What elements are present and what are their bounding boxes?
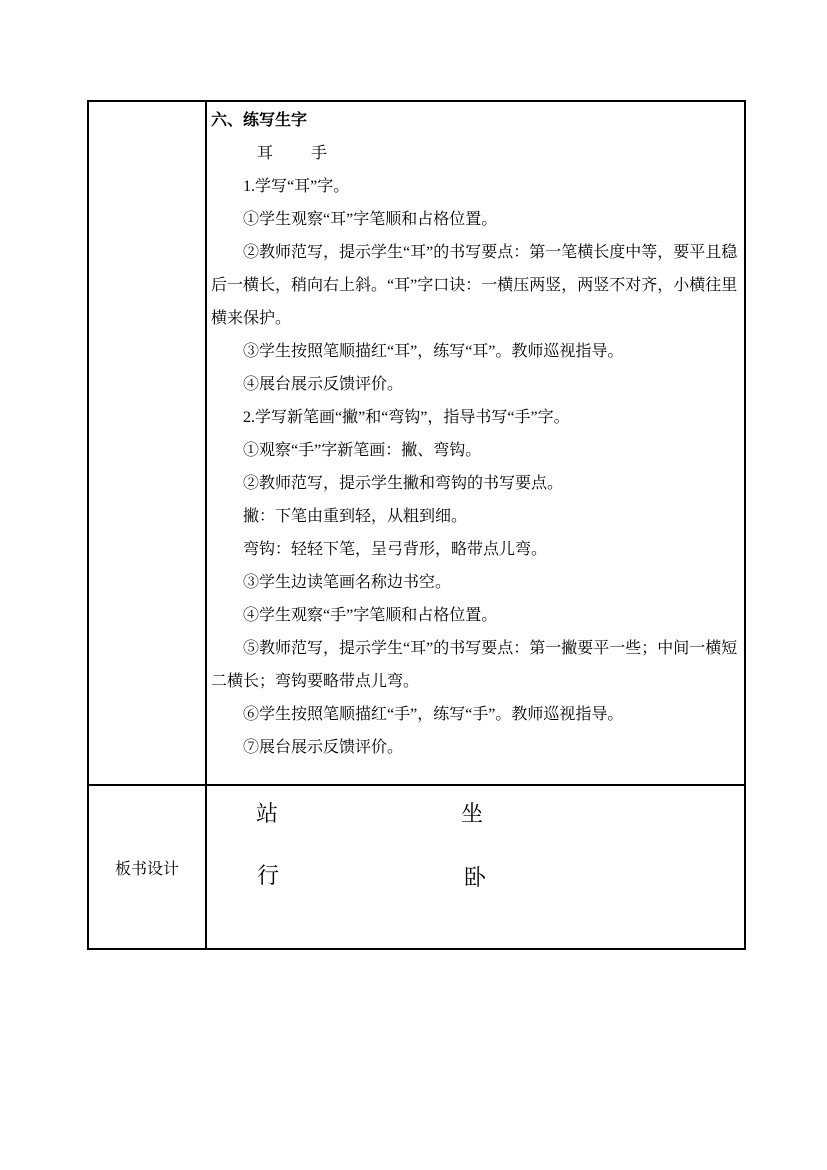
- line-text: 撇：下笔由重到轻，从粗到细。: [243, 508, 467, 525]
- line-text: ②教师范写，提示学生撇和弯钩的书写要点。: [243, 475, 563, 492]
- line-text: ⑥学生按照笔顺描红“手”，练写“手”。教师巡视指导。: [243, 706, 623, 723]
- line-text: ⑦展台展示反馈评价。: [243, 739, 403, 756]
- document-page: { "page": { "background": "#ffffff", "te…: [0, 0, 827, 1170]
- text-line: ①观察“手”字新笔画：撇、弯钩。: [211, 434, 738, 467]
- board-char-zuo: 坐: [461, 802, 483, 826]
- line-text: ②教师范写，提示学生“耳”的书写要点：第一笔横长度中等，要平且稳；最: [243, 244, 738, 261]
- text-line: ④学生观察“手”字笔顺和占格位置。: [211, 599, 738, 632]
- line-text: 耳: [257, 145, 273, 162]
- line-text: 2.学写新笔画“撇”和“弯钩”，指导书写“手”字。: [243, 409, 570, 426]
- line-text: ③学生按照笔顺描红“耳”，练写“耳”。教师巡视指导。: [243, 343, 623, 360]
- line-text: ③学生边读笔画名称边书空。: [243, 574, 451, 591]
- line-text: ①观察“手”字新笔画：撇、弯钩。: [243, 442, 481, 459]
- text-line: 1.学写“耳”字。: [211, 170, 738, 203]
- text-line: ⑦展台展示反馈评价。: [211, 731, 738, 764]
- text-line: 耳 手: [211, 137, 738, 170]
- text-line: ④展台展示反馈评价。: [211, 368, 738, 401]
- board-char-xing: 行: [257, 864, 279, 888]
- board-char-zhan: 站: [256, 802, 278, 826]
- line-text-secondary: 手: [311, 145, 327, 162]
- text-line: ②教师范写，提示学生“耳”的书写要点：第一笔横长度中等，要平且稳；最: [211, 236, 738, 269]
- board-design-label: 板书设计: [115, 856, 179, 879]
- board-char-wo: 卧: [464, 866, 486, 890]
- text-line: 2.学写新笔画“撇”和“弯钩”，指导书写“手”字。: [211, 401, 738, 434]
- line-text: ①学生观察“耳”字笔顺和占格位置。: [243, 211, 497, 228]
- line-text: ⑤教师范写，提示学生“耳”的书写要点：第一撇要平一些；中间一横短；第: [243, 640, 738, 657]
- text-line: 二横长；弯钩要略带点儿弯。: [211, 665, 738, 698]
- line-text: 横来保护。: [211, 310, 291, 327]
- line-text: 后一横长，稍向右上斜。“耳”字口诀：一横压两竖，两竖不对齐，小横往里藏，大: [211, 277, 738, 294]
- line-text: ④学生观察“手”字笔顺和占格位置。: [243, 607, 497, 624]
- text-line: ⑥学生按照笔顺描红“手”，练写“手”。教师巡视指导。: [211, 698, 738, 731]
- text-line: ③学生按照笔顺描红“耳”，练写“耳”。教师巡视指导。: [211, 335, 738, 368]
- text-line: 横来保护。: [211, 302, 738, 335]
- text-line: 六、练写生字: [211, 104, 738, 137]
- line-text: 六、练写生字: [211, 112, 307, 129]
- text-line: ②教师范写，提示学生撇和弯钩的书写要点。: [211, 467, 738, 500]
- board-design-content-cell: 站 坐 行 卧: [207, 786, 744, 948]
- line-text: ④展台展示反馈评价。: [243, 376, 403, 393]
- board-design-label-cell: 板书设计: [89, 786, 205, 948]
- empty-cell: [89, 102, 205, 784]
- lesson-plan-table: 六、练写生字 耳 手 1.学写“耳”字。 ①学生观察“耳”字笔顺和占格位置。 ②…: [87, 100, 746, 950]
- line-text: 弯钩：轻轻下笔，呈弓背形，略带点儿弯。: [243, 541, 547, 558]
- line-text: 二横长；弯钩要略带点儿弯。: [211, 673, 419, 690]
- text-line: 后一横长，稍向右上斜。“耳”字口诀：一横压两竖，两竖不对齐，小横往里藏，大: [211, 269, 738, 302]
- text-line: 弯钩：轻轻下笔，呈弓背形，略带点儿弯。: [211, 533, 738, 566]
- text-line: 撇：下笔由重到轻，从粗到细。: [211, 500, 738, 533]
- lesson-content-cell: 六、练写生字 耳 手 1.学写“耳”字。 ①学生观察“耳”字笔顺和占格位置。 ②…: [207, 102, 744, 784]
- text-line: ⑤教师范写，提示学生“耳”的书写要点：第一撇要平一些；中间一横短；第: [211, 632, 738, 665]
- text-line: ③学生边读笔画名称边书空。: [211, 566, 738, 599]
- line-text: 1.学写“耳”字。: [243, 178, 349, 195]
- text-line: ①学生观察“耳”字笔顺和占格位置。: [211, 203, 738, 236]
